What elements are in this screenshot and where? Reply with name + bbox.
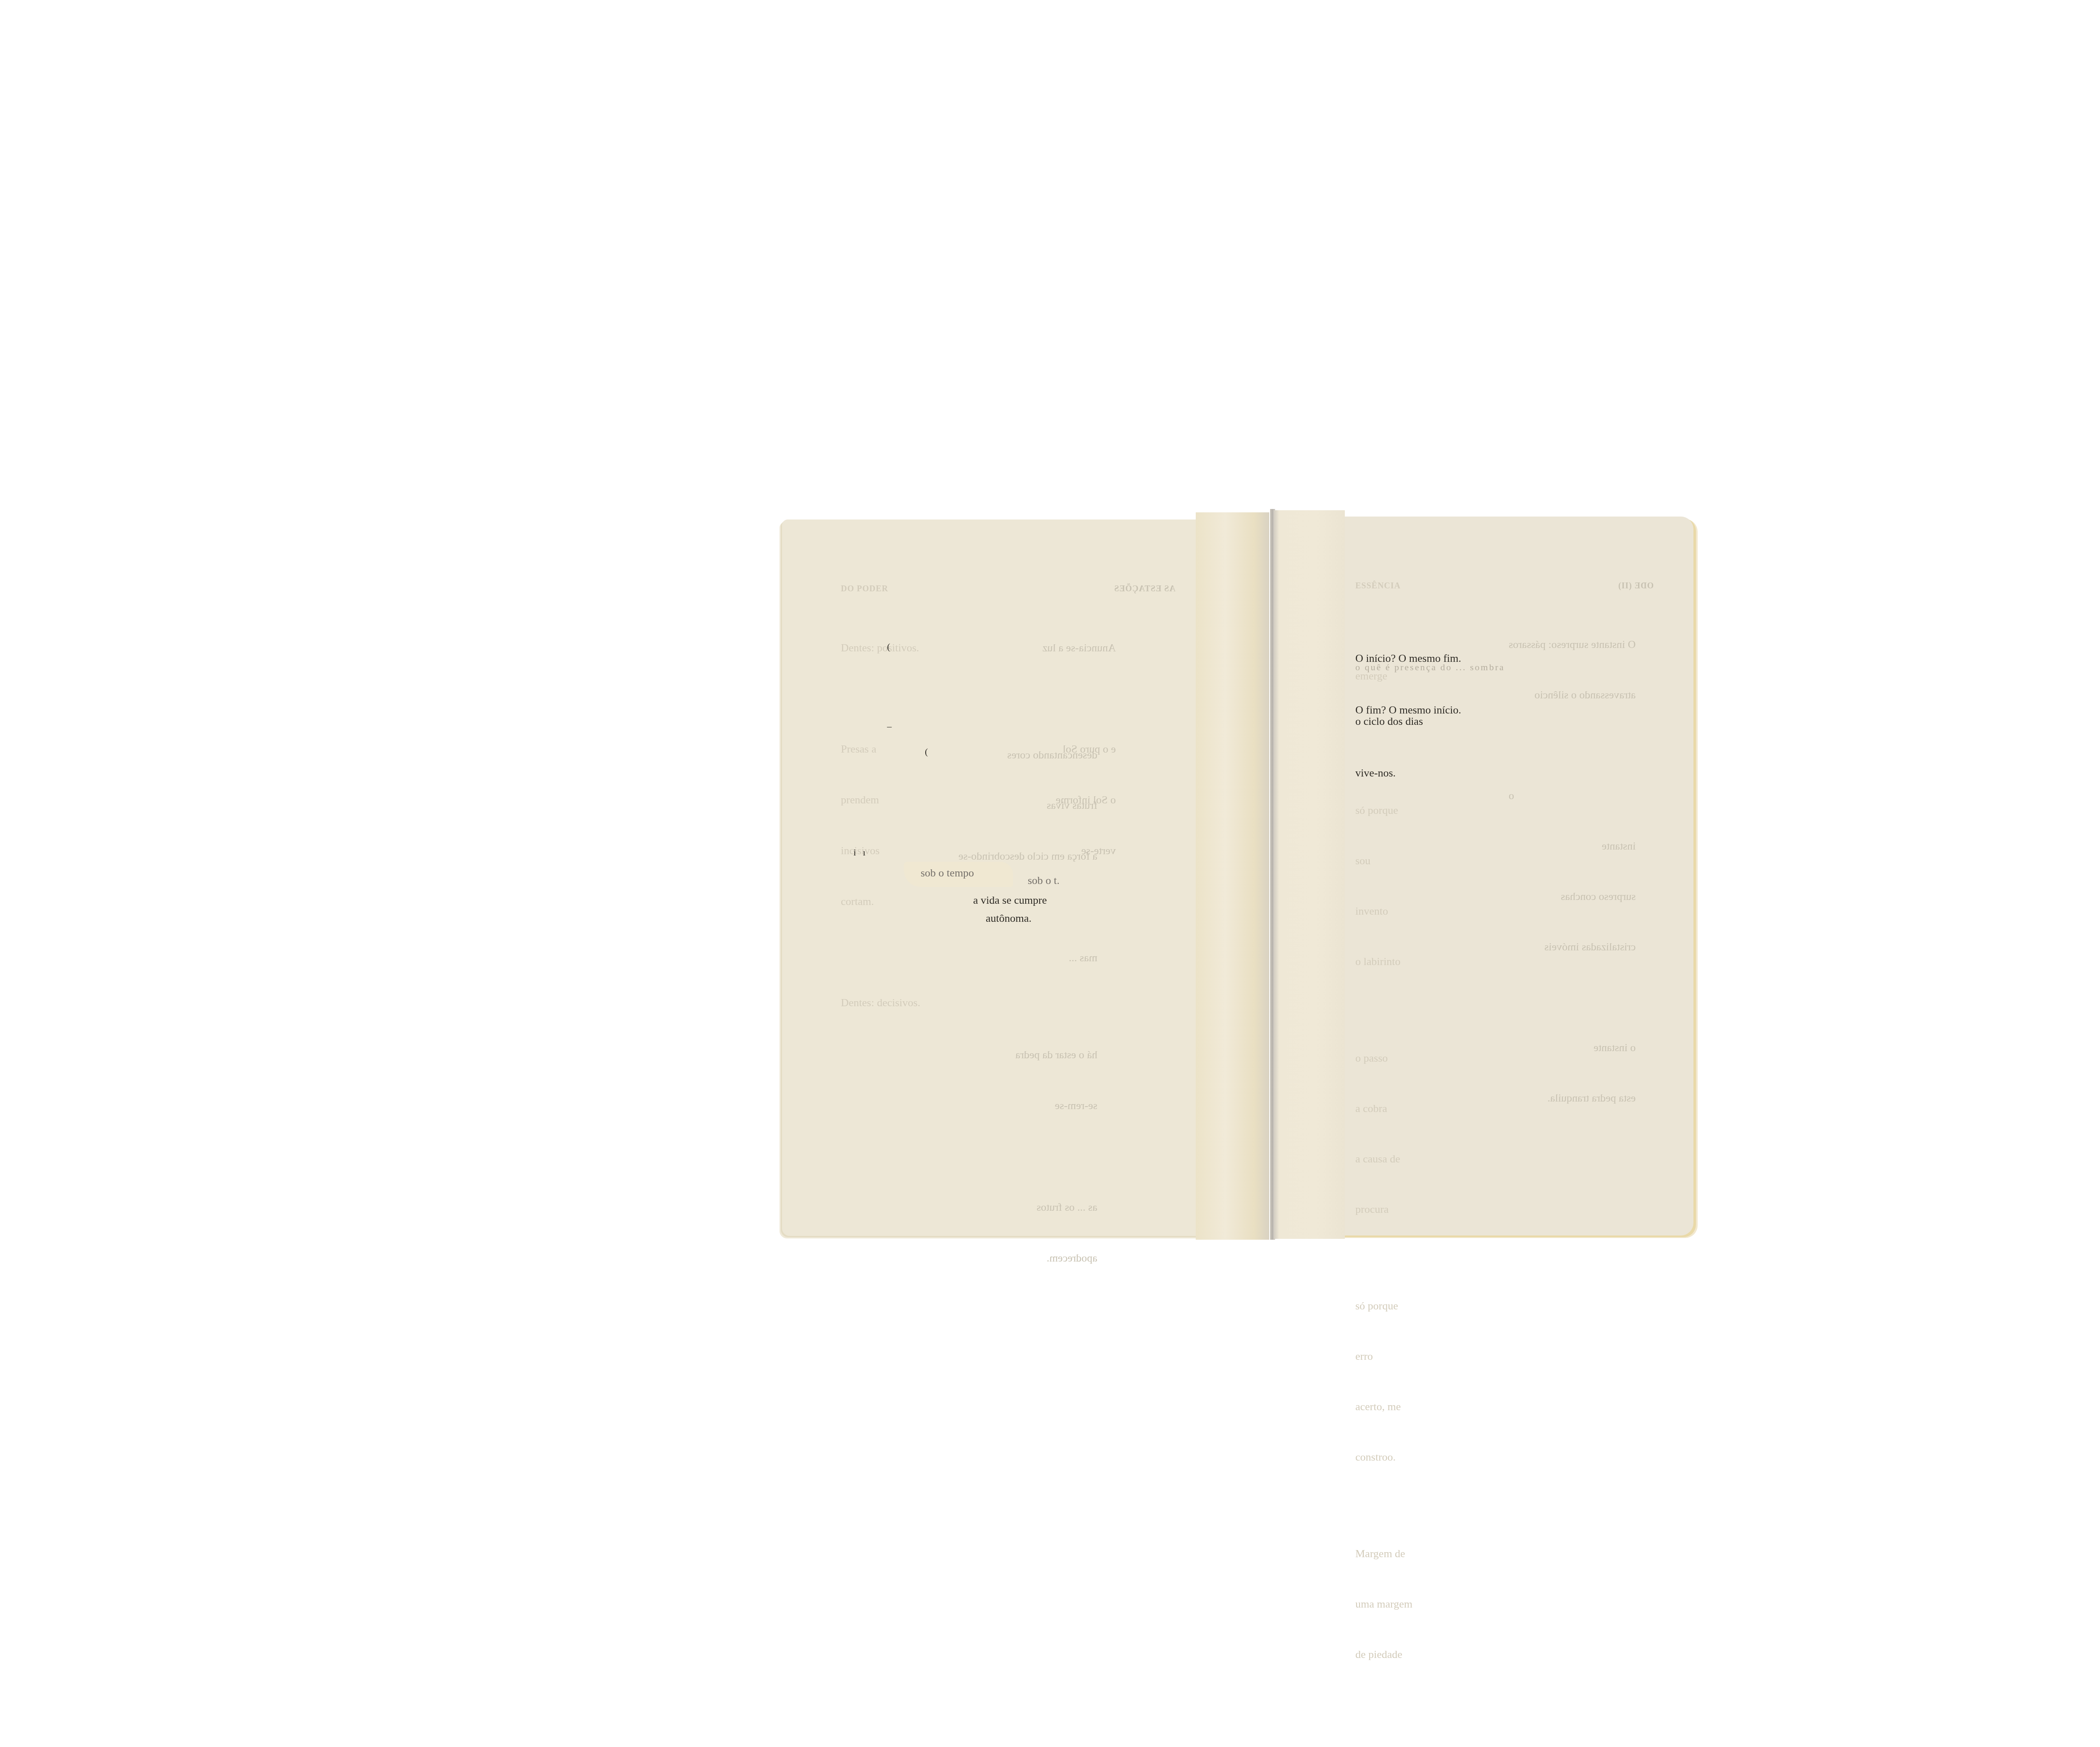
poem-line: o ciclo dos dias <box>1355 713 1423 730</box>
ink-speck: ( <box>925 746 928 757</box>
ink-speck: – <box>887 721 892 732</box>
poem-line: vive-nos. <box>1355 764 1423 782</box>
poem-line: a vida se cumpre <box>973 891 1047 909</box>
ghost-header-right: AS ESTAÇÕES <box>1114 582 1176 595</box>
right-page: ESSÊNCIA ODE (II) emerge só porque sou i… <box>1273 517 1693 1235</box>
open-book: DO PODER AS ESTAÇÕES Dentes: positivos. … <box>782 508 1756 1247</box>
poem-line: autônoma. <box>986 909 1032 927</box>
ghost-text-middle: desencantando cores frutas vivas a força… <box>958 713 1097 1301</box>
ghost-header-right: ODE (II) <box>1618 580 1654 593</box>
ink-speck: i ı <box>853 847 866 858</box>
faded-fragment: sob o t. <box>1028 871 1060 889</box>
ink-speck: ( <box>887 641 890 652</box>
ghost-header-left: ESSÊNCIA <box>1355 580 1401 593</box>
spine-tape-right <box>1273 510 1345 1239</box>
ghost-text-left-column: Dentes: positivos. Presas a prendem inci… <box>841 606 920 1045</box>
ghost-text-right-column: O instante surpreso: pássaros atravessan… <box>1509 603 1636 1140</box>
erased-line: o quê é presença do ... sombra <box>1355 658 1505 676</box>
ghost-header-left: DO PODER <box>841 582 888 595</box>
spine-tape-left <box>1196 512 1269 1240</box>
patch-text: sob o tempo <box>921 864 974 882</box>
poem-closing: o ciclo dos dias vive-nos. <box>1355 678 1423 816</box>
